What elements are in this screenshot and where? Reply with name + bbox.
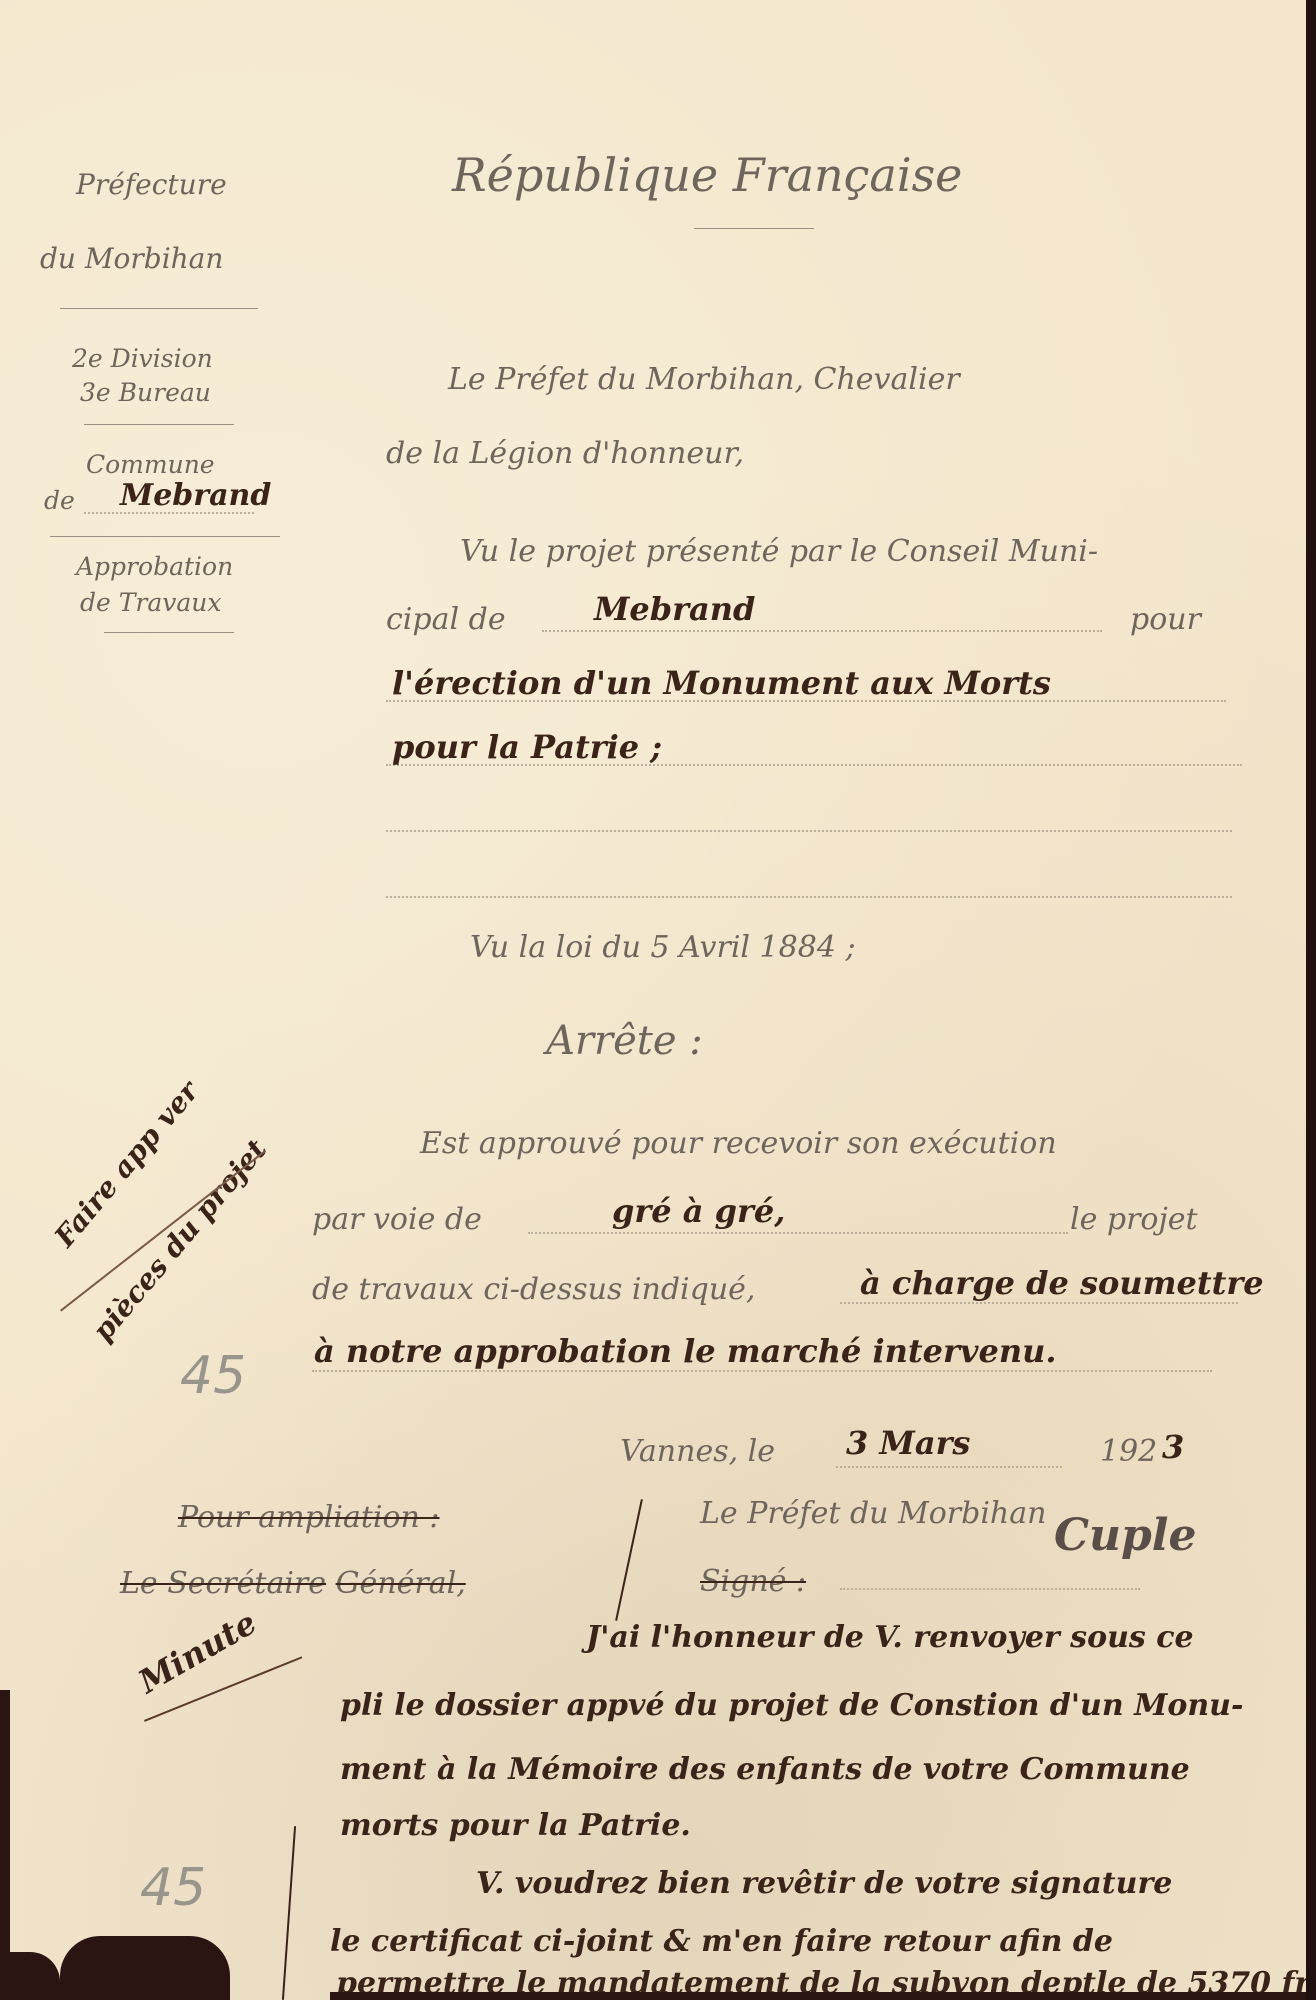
- vu-projet-object-line1: l'érection d'un Monument aux Morts: [392, 664, 1051, 702]
- vu-projet-object-line2: pour la Patrie ;: [392, 728, 662, 766]
- pencil-mark: 45: [180, 1346, 246, 1406]
- vu-projet-line1: Vu le projet présenté par le Conseil Mun…: [460, 534, 1098, 569]
- ampliation-general: Général,: [336, 1566, 466, 1601]
- dotted-line: [542, 630, 1102, 632]
- document-title: République Française: [452, 148, 962, 202]
- vu-loi: Vu la loi du 5 Avril 1884 ;: [470, 930, 856, 965]
- arrete-line1: Est approuvé pour recevoir son exécution: [420, 1126, 1057, 1161]
- ampliation-secretaire: Le Secrétaire: [120, 1566, 326, 1601]
- letter-line3: ment à la Mémoire des enfants de votre C…: [340, 1752, 1190, 1787]
- letter-line2: pli le dossier appvé du projet de Consti…: [340, 1688, 1243, 1723]
- letter-line6: le certificat ci-joint & m'en faire reto…: [330, 1924, 1113, 1959]
- dateline-year-hand: 3: [1162, 1428, 1184, 1466]
- dateline-place: Vannes, le: [620, 1434, 775, 1469]
- arrete-line3-printed: de travaux ci-dessus indiqué,: [312, 1272, 755, 1307]
- subject-line2: de Travaux: [80, 588, 222, 617]
- preamble-line1: Le Préfet du Morbihan, Chevalier: [448, 362, 960, 397]
- minute-note: Minute: [132, 1603, 263, 1701]
- bracket-mark: [282, 1826, 296, 2000]
- document-page: République Française Préfecture du Morbi…: [0, 0, 1306, 2000]
- dotted-line: [386, 896, 1232, 898]
- dotted-line: [386, 830, 1232, 832]
- dateline-day-month: 3 Mars: [846, 1424, 970, 1462]
- dotted-line: [840, 1588, 1140, 1590]
- arrete-line3-hand: à charge de soumettre: [860, 1264, 1264, 1302]
- preamble-line2: de la Légion d'honneur,: [386, 436, 744, 471]
- sidebar-divider: [50, 536, 280, 537]
- letter-line5: V. voudrez bien revêtir de votre signatu…: [476, 1866, 1172, 1901]
- vu-projet-commune: Mebrand: [594, 590, 755, 628]
- torn-edge: [0, 1952, 60, 2000]
- arrete-line4-hand: à notre approbation le marché intervenu.: [314, 1332, 1057, 1370]
- dotted-line: [840, 1302, 1238, 1304]
- sidebar-divider: [104, 632, 234, 633]
- title-underline: [694, 228, 814, 229]
- ampliation-line2: Le Secrétaire Général,: [120, 1566, 466, 1601]
- commune-name: Mebrand: [120, 478, 271, 513]
- commune-prefix: de: [44, 486, 75, 515]
- commune-label: Commune: [86, 450, 215, 479]
- dotted-line: [312, 1370, 1212, 1372]
- prefecture-line1: Préfecture: [76, 168, 227, 201]
- ampliation-line1: Pour ampliation :: [178, 1500, 440, 1535]
- prefect-signature: Cuple: [1054, 1510, 1196, 1561]
- division-label: 2e Division: [72, 344, 213, 373]
- dotted-line: [836, 1466, 1062, 1468]
- pencil-mark: 45: [140, 1858, 206, 1918]
- torn-edge: [330, 1992, 1306, 2000]
- dotted-line: [528, 1232, 1068, 1234]
- bracket-mark: [615, 1499, 643, 1621]
- arrete-line2-suffix: le projet: [1070, 1202, 1198, 1237]
- page-edge: [1306, 0, 1316, 2000]
- signe-label: Signé :: [700, 1564, 806, 1599]
- bureau-label: 3e Bureau: [80, 378, 211, 407]
- arrete-heading: Arrête :: [546, 1018, 703, 1064]
- vu-projet-prefix: cipal de: [386, 602, 506, 637]
- letter-line4: morts pour la Patrie.: [340, 1808, 691, 1843]
- letter-line1: J'ai l'honneur de V. renvoyer sous ce: [586, 1620, 1194, 1655]
- arrete-mode: gré à gré,: [612, 1192, 785, 1230]
- dateline-year-printed: 192: [1100, 1434, 1157, 1469]
- vu-projet-suffix: pour: [1130, 602, 1201, 637]
- torn-edge: [60, 1936, 230, 2000]
- sidebar-divider: [60, 308, 258, 309]
- prefecture-line2: du Morbihan: [40, 242, 223, 275]
- arrete-line2-prefix: par voie de: [312, 1202, 482, 1237]
- subject-line1: Approbation: [76, 552, 233, 581]
- sidebar-divider: [84, 424, 234, 425]
- signature-title: Le Préfet du Morbihan: [700, 1496, 1046, 1531]
